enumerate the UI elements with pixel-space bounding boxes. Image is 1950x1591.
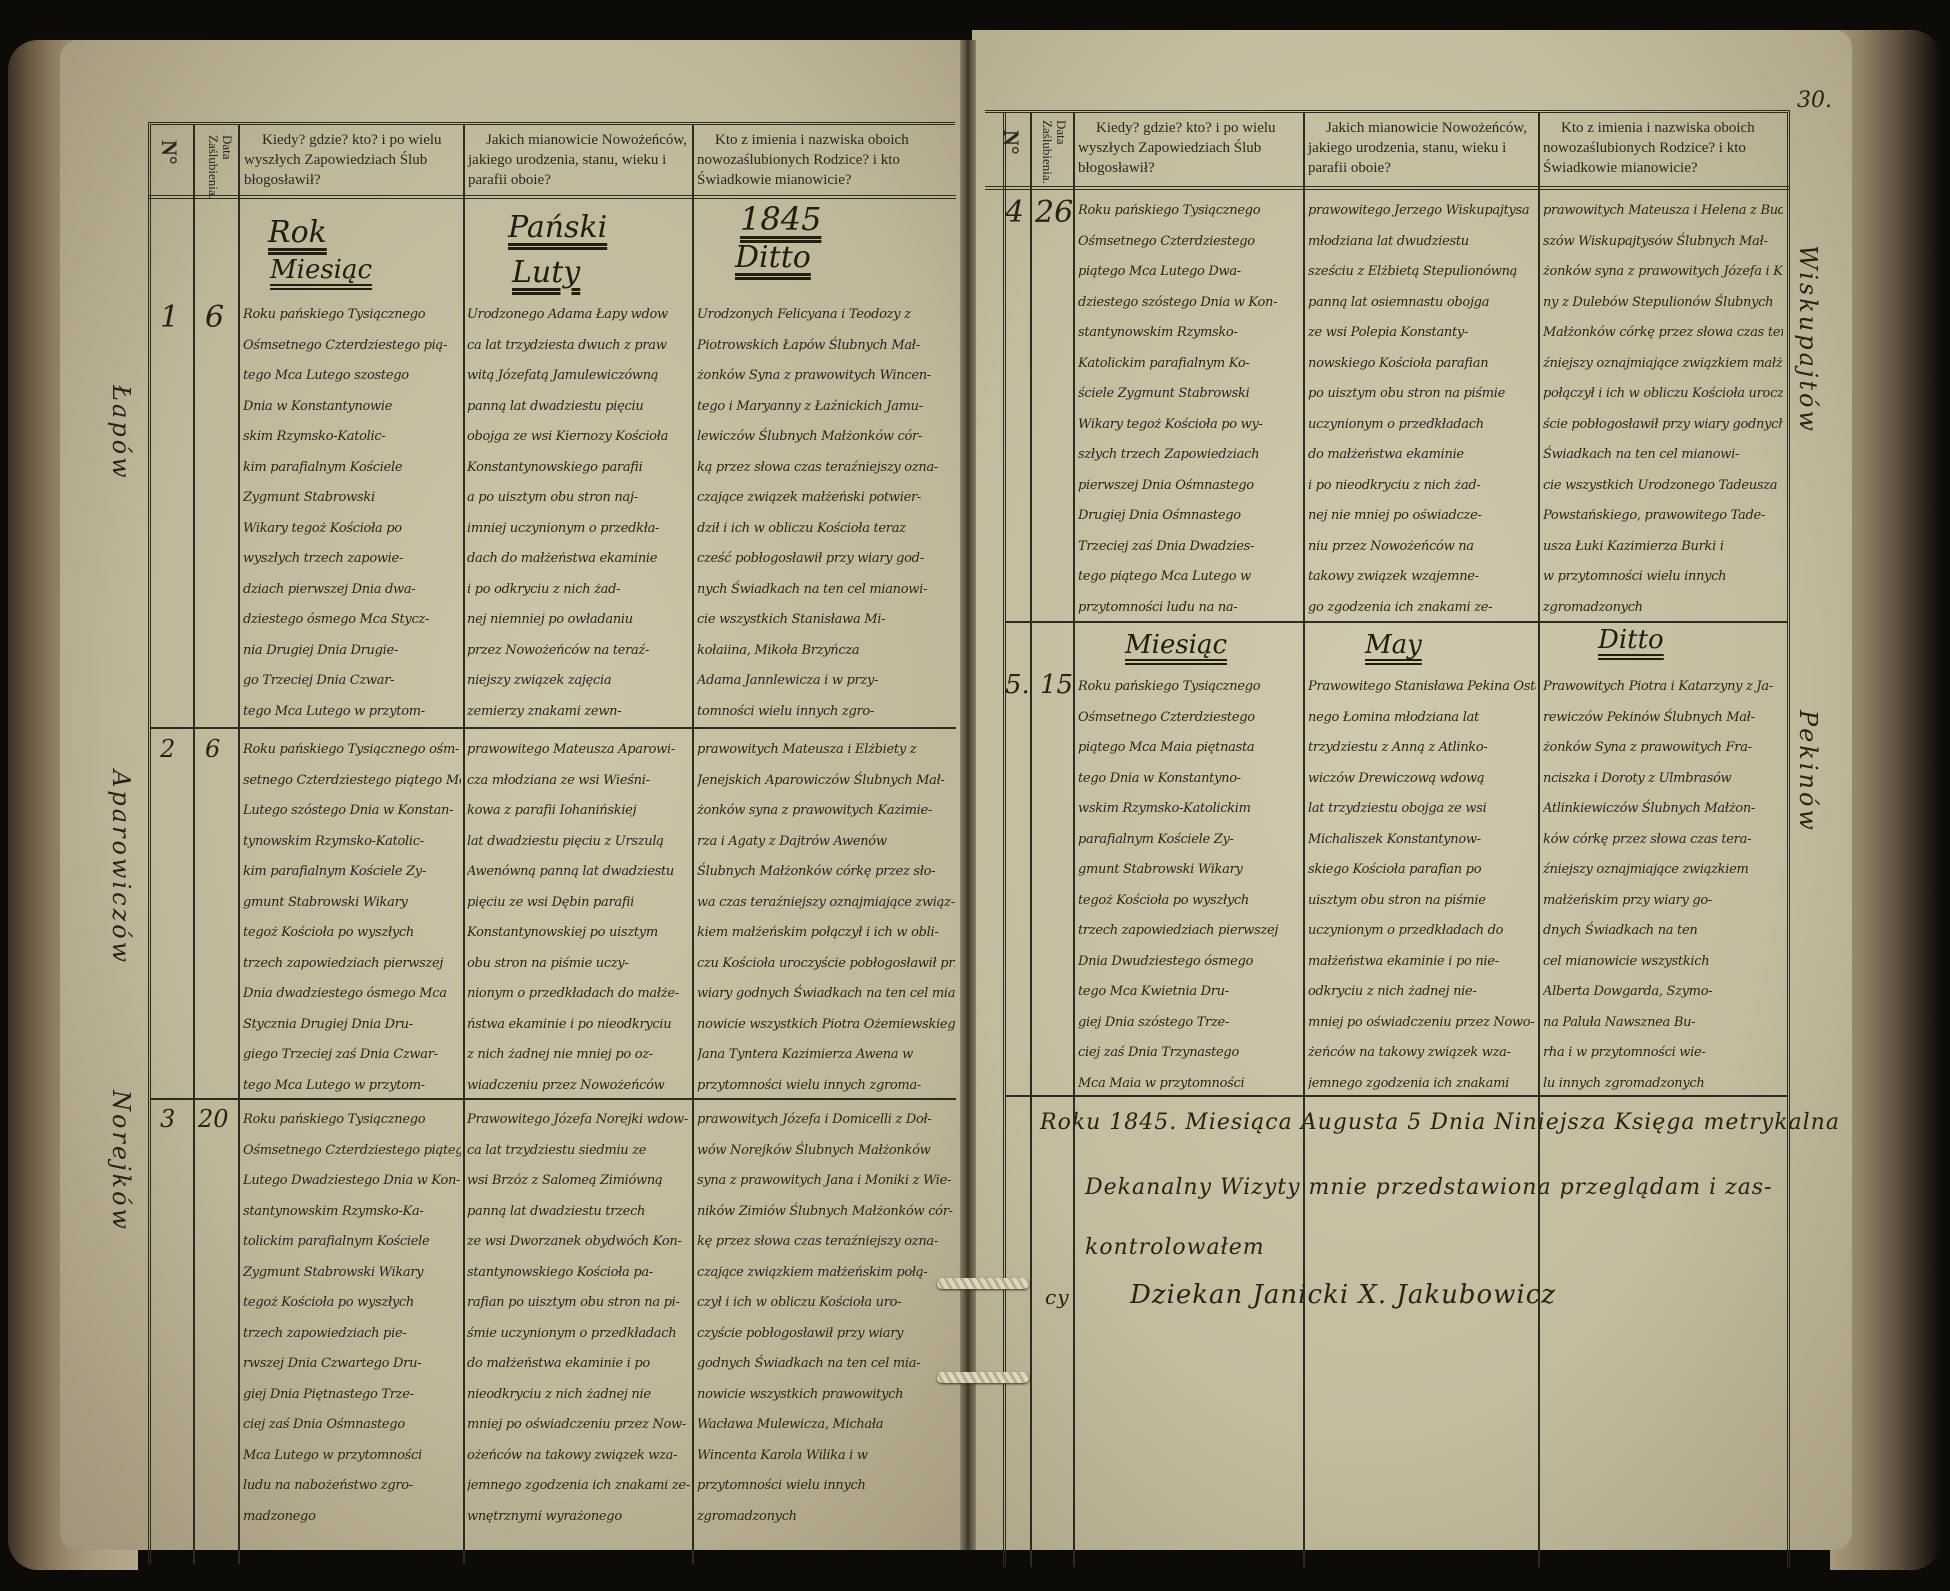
entry-2-number: 2: [160, 735, 175, 763]
entry-2-couple-text: prawowitego Mateusza Aparowi-cza młodzia…: [467, 735, 690, 1095]
heading-luty: Luty: [512, 255, 580, 290]
entry-1-date: 6: [205, 300, 224, 335]
entry-3-parents-text: prawowitych Józefa i Domicelli z Doł-wów…: [697, 1105, 955, 1545]
left-header-parents-witnesses: Kto z imienia i nazwiska oboich nowozaśl…: [697, 130, 955, 190]
right-header-newlyweds: Jakich mianowicie Nowożeńców, jakiego ur…: [1308, 118, 1534, 178]
entry-4-couple-text: prawowitego Jerzego Wiskupajtysamłodzian…: [1308, 196, 1536, 616]
heading-miesiac-right: Miesiąc: [1125, 630, 1227, 660]
entry-1-couple-text: Urodzonego Adama Łapy wdowca lat trzydzi…: [467, 300, 690, 720]
closing-note-mark: cy: [1045, 1285, 1070, 1309]
closing-note-line-2: Dekanalny Wizyty mnie przedstawiona prze…: [1085, 1175, 1773, 1200]
entry-2-when-text: Roku pańskiego Tysiącznego ośm-setnego C…: [243, 735, 461, 1095]
heading-rok: Rok: [268, 215, 327, 250]
margin-name-entry-1: Łapów: [107, 385, 135, 481]
closing-note-line-1: Roku 1845. Miesiąca Augusta 5 Dnia Ninie…: [1040, 1110, 1840, 1135]
entry-5-couple-text: Prawowitego Stanisława Pekina Ostaw-nego…: [1308, 672, 1536, 1092]
entry-1-number: 1: [160, 300, 179, 335]
left-header-bottom-rule: [148, 195, 956, 199]
right-header-bottom-rule: [985, 186, 1790, 190]
entry-3-number: 3: [160, 1105, 175, 1133]
heading-year: 1845: [740, 200, 821, 238]
heading-panski: Pański: [508, 210, 607, 245]
entry-3-couple-text: Prawowitego Józefa Norejki wdow-ca lat t…: [467, 1105, 690, 1545]
left-col-rule-4: [692, 124, 694, 1564]
entry-5-when-text: Roku pańskiego TysiącznegoOśmsetnego Czt…: [1078, 672, 1301, 1092]
binding-string-upper: [937, 1278, 1029, 1289]
right-header-date: Data Zaślubienia.: [1040, 120, 1068, 180]
entry-5-number: 5.: [1005, 670, 1030, 700]
heading-ditto: Ditto: [735, 240, 811, 275]
right-row-rule-2: [1005, 1095, 1787, 1097]
heading-may: May: [1365, 630, 1422, 660]
entry-2-date: 6: [205, 735, 220, 763]
right-header-parents-witnesses: Kto z imienia i nazwiska oboich nowozaśl…: [1543, 118, 1787, 178]
entry-4-parents-text: prawowitych Mateusza i Helena z Budo-szó…: [1543, 196, 1783, 616]
left-header-newlyweds: Jakich mianowicie Nowożeńców, jakiego ur…: [468, 130, 688, 190]
entry-4-when-text: Roku pańskiego TysiącznegoOśmsetnego Czt…: [1078, 196, 1301, 616]
right-header-no: N°: [998, 130, 1024, 155]
right-col-rule-4: [1538, 112, 1540, 1567]
closing-note-signature: Dziekan Janicki X. Jakubowicz: [1130, 1280, 1556, 1310]
entry-3-date: 20: [198, 1105, 229, 1133]
entry-4-number: 4: [1005, 195, 1024, 230]
heading-miesiac: Miesiąc: [270, 255, 372, 285]
binding-string-lower: [937, 1372, 1029, 1383]
heading-ditto-right: Ditto: [1598, 625, 1664, 655]
margin-name-entry-5: Pekinów: [1794, 710, 1822, 833]
entry-2-parents-text: prawowitych Mateusza i Elżbiety zJenejsk…: [697, 735, 955, 1095]
left-header-no: N°: [156, 140, 182, 165]
entry-5-parents-text: Prawowitych Piotra i Katarzyny z Ja-rewi…: [1543, 672, 1783, 1092]
left-col-rule-1: [193, 124, 195, 1564]
left-col-rule-2: [238, 124, 240, 1564]
right-col-rule-1: [1030, 112, 1032, 1567]
left-header-when-where: Kiedy? gdzie? kto? i po wielu wyszłych Z…: [244, 130, 456, 190]
book-gutter: [960, 40, 976, 1550]
right-col-rule-3: [1303, 112, 1305, 1567]
book-spread: N° Data Zaślubienia. Kiedy? gdzie? kto? …: [0, 0, 1950, 1591]
left-col-rule-3: [463, 124, 465, 1564]
right-col-rule-0: [1003, 112, 1006, 1567]
margin-name-entry-2: Aparowiczów: [107, 770, 135, 965]
left-header-date: Data Zaślubienia.: [206, 135, 234, 195]
closing-note-line-3: kontrolowałem: [1085, 1235, 1265, 1260]
right-col-rule-2: [1073, 112, 1075, 1567]
right-row-rule-1: [1005, 621, 1787, 623]
entry-1-when-text: Roku pańskiego TysiącznegoOśmsetnego Czt…: [243, 300, 461, 730]
entry-5-date: 15: [1040, 670, 1073, 700]
entry-3-when-text: Roku pańskiego TysiącznegoOśmsetnego Czt…: [243, 1105, 461, 1545]
page-number: 30.: [1797, 88, 1832, 113]
margin-name-entry-3: Norejków: [107, 1090, 135, 1232]
margin-name-entry-4: Wiskupajtów: [1794, 245, 1822, 434]
entry-4-date: 26: [1035, 195, 1073, 230]
entry-1-parents-text: Urodzonych Felicyana i Teodozy zPiotrows…: [697, 300, 955, 720]
left-row-rule-2: [150, 1098, 956, 1100]
right-header-when-where: Kiedy? gdzie? kto? i po wielu wyszłych Z…: [1078, 118, 1300, 178]
